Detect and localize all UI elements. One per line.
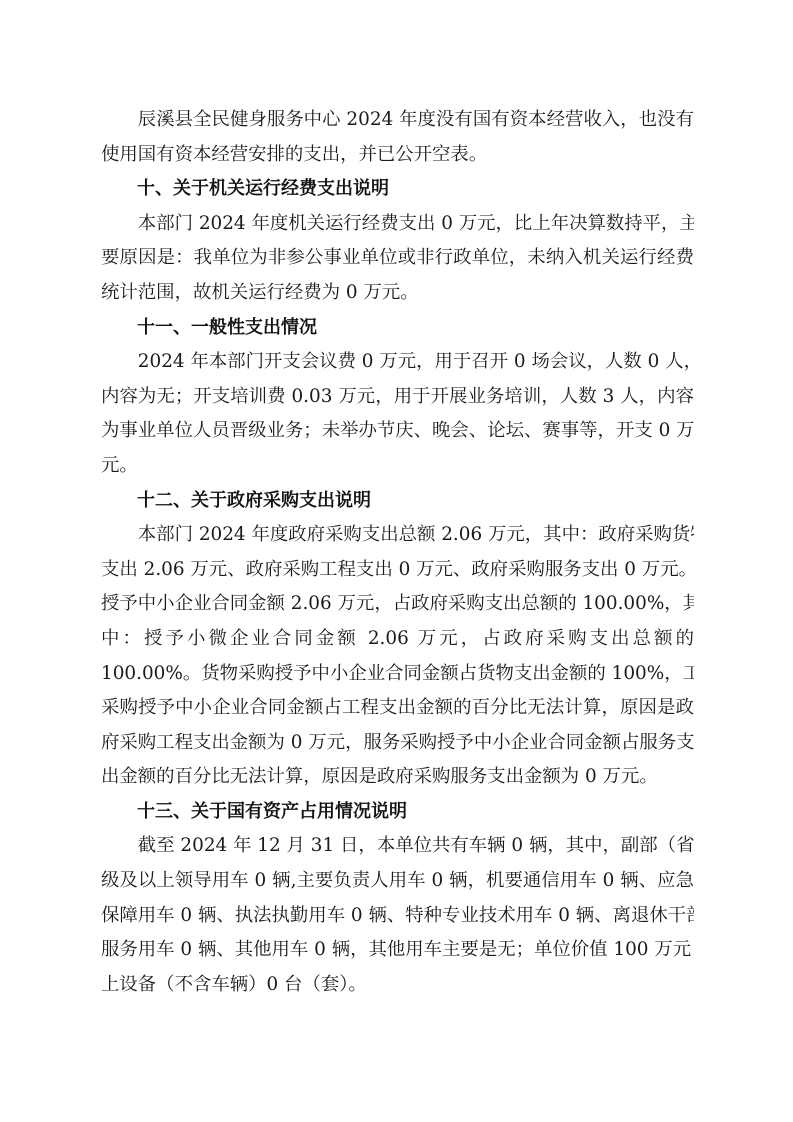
paragraph-state-capital: 辰溪县全民健身服务中心 2024 年度没有国有资本经营收入，也没有 使用国有资本… (101, 103, 694, 172)
text-line: 2024 年本部门开支会议费 0 万元，用于召开 0 场会议，人数 0 人， (101, 345, 694, 380)
text-line: 服务用车 0 辆、其他用车 0 辆，其他用车主要是无；单位价值 100 万元以 (101, 933, 694, 968)
text-line: 为事业单位人员晋级业务；未举办节庆、晚会、论坛、赛事等，开支 0 万 (101, 414, 694, 449)
text-line: 元。 (101, 449, 694, 484)
text-line: 级及以上领导用车 0 辆,主要负责人用车 0 辆，机要通信用车 0 辆、应急 (101, 864, 694, 899)
text-line: 辰溪县全民健身服务中心 2024 年度没有国有资本经营收入，也没有 (101, 103, 694, 138)
text-line: 上设备（不含车辆）0 台（套）。 (101, 968, 694, 1003)
text-line: 要原因是：我单位为非参公事业单位或非行政单位，未纳入机关运行经费 (101, 241, 694, 276)
text-line: 100.00%。货物采购授予中小企业合同金额占货物支出金额的 100%，工程 (101, 657, 694, 692)
text-line: 截至 2024 年 12 月 31 日，本单位共有车辆 0 辆，其中，副部（省） (101, 829, 694, 864)
section-heading-11: 十一、一般性支出情况 (101, 311, 694, 346)
text-line: 使用国有资本经营安排的支出，并已公开空表。 (101, 138, 694, 173)
paragraph-general-expenses: 2024 年本部门开支会议费 0 万元，用于召开 0 场会议，人数 0 人， 内… (101, 345, 694, 483)
document-page: 辰溪县全民健身服务中心 2024 年度没有国有资本经营收入，也没有 使用国有资本… (101, 103, 694, 1002)
text-line: 统计范围，故机关运行经费为 0 万元。 (101, 276, 694, 311)
section-heading-10: 十、关于机关运行经费支出说明 (101, 172, 694, 207)
text-line: 本部门 2024 年度政府采购支出总额 2.06 万元，其中：政府采购货物 (101, 518, 694, 553)
paragraph-state-assets: 截至 2024 年 12 月 31 日，本单位共有车辆 0 辆，其中，副部（省）… (101, 829, 694, 1002)
text-line: 采购授予中小企业合同金额占工程支出金额的百分比无法计算，原因是政 (101, 691, 694, 726)
text-line: 府采购工程支出金额为 0 万元，服务采购授予中小企业合同金额占服务支 (101, 726, 694, 761)
section-heading-12: 十二、关于政府采购支出说明 (101, 484, 694, 519)
text-line: 本部门 2024 年度机关运行经费支出 0 万元，比上年决算数持平，主 (101, 207, 694, 242)
text-line: 中：授予小微企业合同金额 2.06 万元，占政府采购支出总额的 (101, 622, 694, 657)
paragraph-operating-expenses: 本部门 2024 年度机关运行经费支出 0 万元，比上年决算数持平，主 要原因是… (101, 207, 694, 311)
text-line: 内容为无；开支培训费 0.03 万元，用于开展业务培训，人数 3 人，内容 (101, 380, 694, 415)
text-line: 支出 2.06 万元、政府采购工程支出 0 万元、政府采购服务支出 0 万元。 (101, 553, 694, 588)
text-line: 授予中小企业合同金额 2.06 万元，占政府采购支出总额的 100.00%，其 (101, 587, 694, 622)
text-line: 保障用车 0 辆、执法执勤用车 0 辆、特种专业技术用车 0 辆、离退休干部 (101, 899, 694, 934)
paragraph-procurement: 本部门 2024 年度政府采购支出总额 2.06 万元，其中：政府采购货物 支出… (101, 518, 694, 795)
text-line: 出金额的百分比无法计算，原因是政府采购服务支出金额为 0 万元。 (101, 760, 694, 795)
section-heading-13: 十三、关于国有资产占用情况说明 (101, 795, 694, 830)
